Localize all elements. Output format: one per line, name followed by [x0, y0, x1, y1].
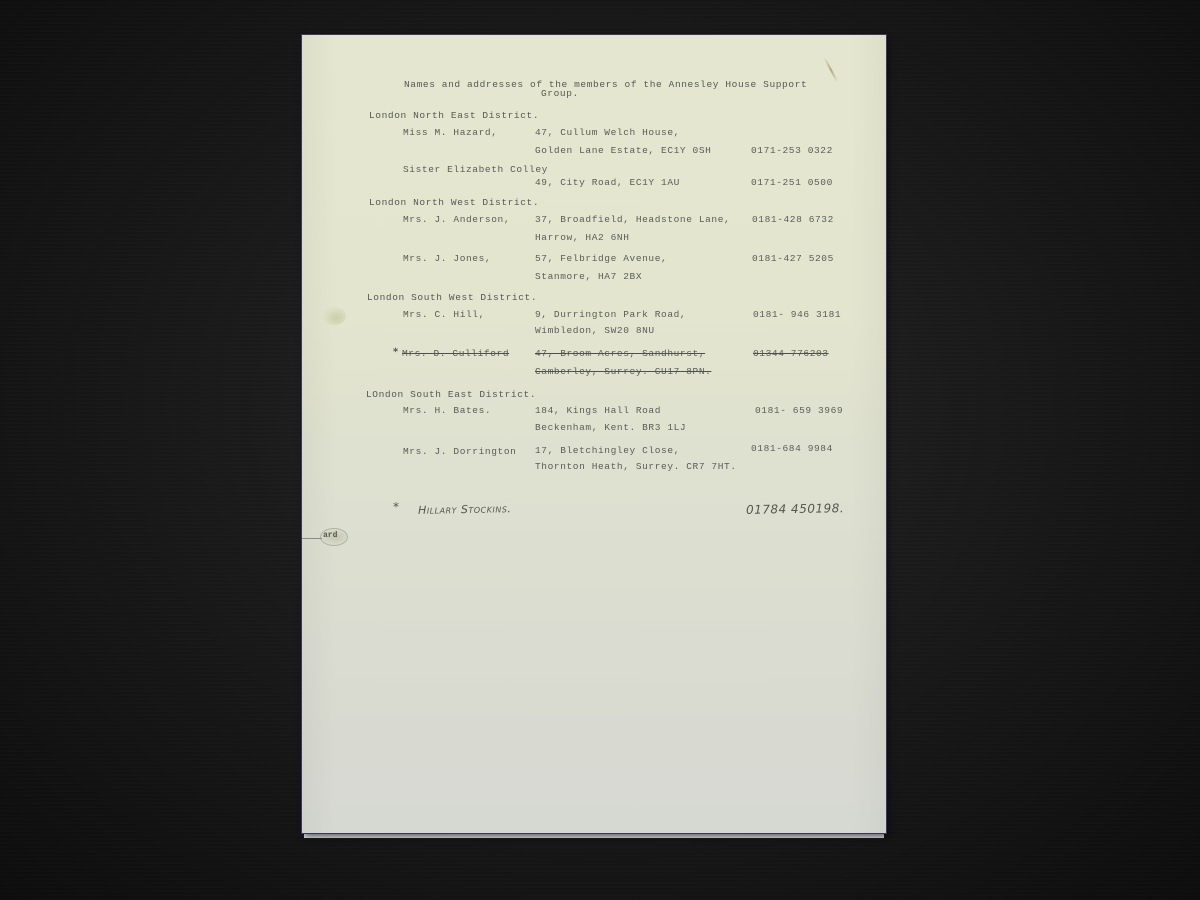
member-address-line-1-struck: 47, Broom Acres, Sandhurst,: [535, 349, 705, 359]
district-heading: London North West District.: [369, 198, 539, 208]
member-name: Mrs. C. Hill,: [403, 310, 485, 320]
document-title-line-1: Names and addresses of the members of th…: [404, 80, 807, 90]
handwritten-name: Hillary Stockins.: [418, 502, 512, 517]
district-heading: LOndon South East District.: [366, 390, 536, 400]
member-phone-struck: 01344 776203: [753, 349, 829, 359]
district-heading: London South West District.: [367, 293, 537, 303]
member-address-line-1: 184, Kings Hall Road: [535, 406, 661, 416]
member-phone: 0171-253 0322: [751, 146, 833, 156]
member-address-line-1: 9, Durrington Park Road,: [535, 310, 686, 320]
member-address-line-2: Wimbledon, SW20 8NU: [535, 326, 655, 336]
member-address-line-2: Golden Lane Estate, EC1Y 0SH: [535, 146, 711, 156]
district-heading: London North East District.: [369, 111, 539, 121]
member-name: Mrs. J. Jones,: [403, 254, 491, 264]
member-address-line-2: Thornton Heath, Surrey. CR7 7HT.: [535, 462, 737, 472]
member-address-line-1: 37, Broadfield, Headstone Lane,: [535, 215, 730, 225]
member-address-line-1: 57, Felbridge Avenue,: [535, 254, 667, 264]
member-address-line-1: 49, City Road, EC1Y 1AU: [535, 178, 680, 188]
handwritten-asterisk-mark: *: [393, 347, 399, 358]
member-name: Mrs. J. Dorrington: [403, 447, 516, 457]
hole-punch-mark-upper: [322, 307, 346, 325]
member-name: Mrs. J. Anderson,: [403, 215, 510, 225]
member-phone: 0181-684 9984: [751, 444, 833, 454]
handwritten-asterisk: *: [393, 500, 400, 514]
member-name: Mrs. H. Bates.: [403, 406, 491, 416]
member-address-line-2-struck: Camberley, Surrey. GU17 8PN.: [535, 367, 711, 377]
member-name: Miss M. Hazard,: [403, 128, 498, 138]
member-name-struck: Mrs. D. Gulliford: [402, 349, 509, 359]
member-address-line-1: 17, Bletchingley Close,: [535, 446, 680, 456]
member-address-line-1: 47, Cullum Welch House,: [535, 128, 680, 138]
document-title-line-2: Group.: [541, 89, 579, 99]
member-address-line-2: Stanmore, HA7 2BX: [535, 272, 642, 282]
member-address-line-2: Harrow, HA2 6NH: [535, 233, 630, 243]
edge-tear-line: [302, 538, 322, 539]
member-phone: 0181- 946 3181: [753, 310, 841, 320]
member-phone: 0181-427 5205: [752, 254, 834, 264]
hole-punch-fragment-text: ard: [323, 531, 337, 540]
member-phone: 0181-428 6732: [752, 215, 834, 225]
member-name: Sister Elizabeth Colley: [403, 165, 548, 175]
handwritten-phone: 01784 450198.: [746, 501, 844, 517]
member-phone: 0171-251 0500: [751, 178, 833, 188]
member-address-line-2: Beckenham, Kent. BR3 1LJ: [535, 423, 686, 433]
member-phone: 0181- 659 3969: [755, 406, 843, 416]
